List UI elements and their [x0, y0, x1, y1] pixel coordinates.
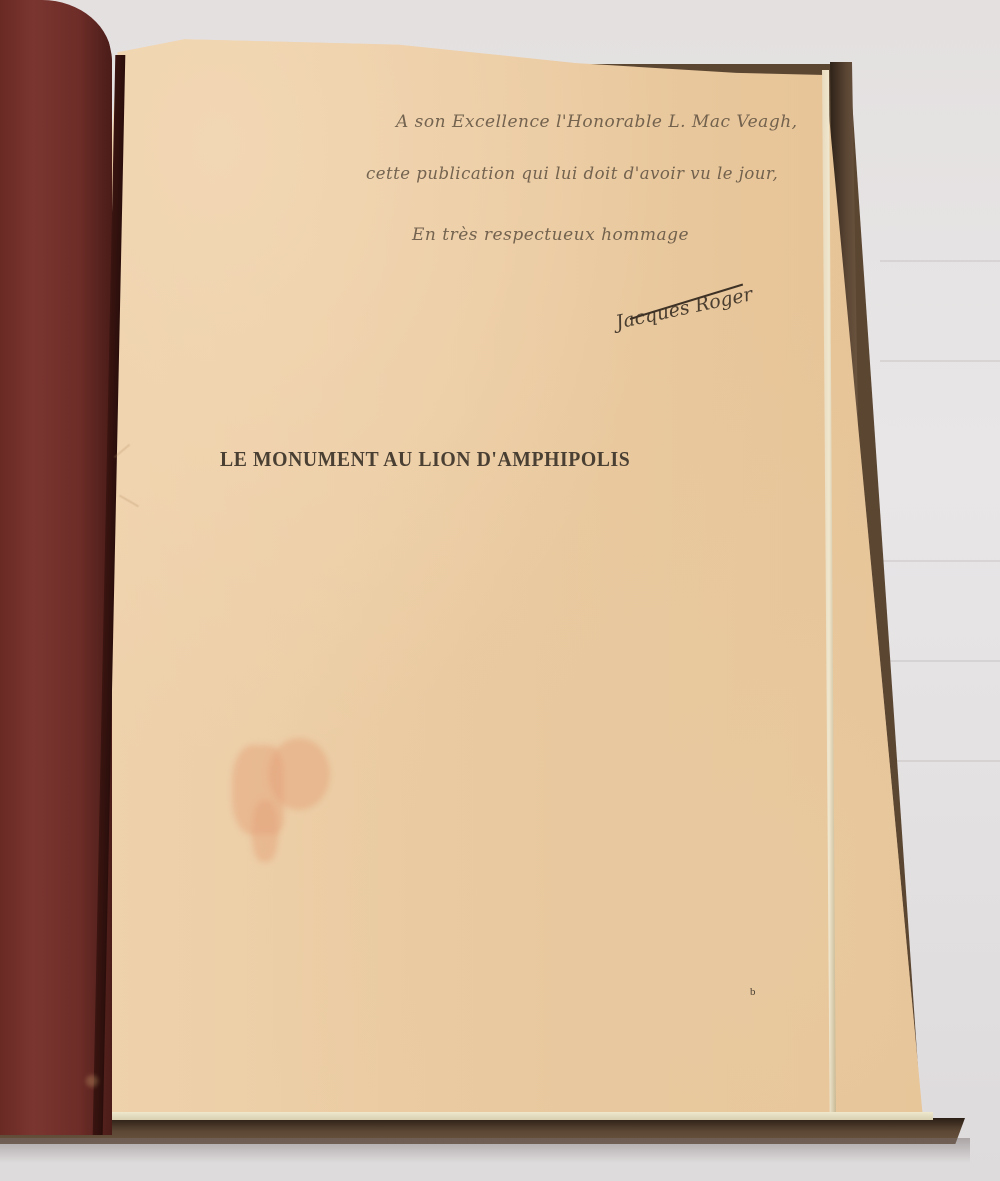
book-page — [42, 36, 932, 1120]
printer-signature-mark: b — [750, 986, 756, 998]
water-stain — [268, 738, 330, 810]
inscription-line-3: En très respectueux hommage — [412, 225, 689, 245]
page-bottom-edge — [38, 1112, 933, 1120]
background-line — [880, 360, 1000, 362]
background-line — [880, 260, 1000, 262]
book-shadow — [0, 1138, 970, 1163]
water-stain — [252, 800, 278, 862]
background-line — [880, 760, 1000, 762]
foxing-spot — [86, 1075, 98, 1087]
background-line — [880, 660, 1000, 662]
background-line — [880, 560, 1000, 562]
inscription-line-2: cette publication qui lui doit d'avoir v… — [366, 164, 778, 183]
left-cover-endpaper — [0, 0, 112, 1135]
inscription-line-1: A son Excellence l'Honorable L. Mac Veag… — [396, 112, 798, 132]
book-photo: A son Excellence l'Honorable L. Mac Veag… — [0, 0, 1000, 1181]
page-title: LE MONUMENT AU LION D'AMPHIPOLIS — [220, 447, 630, 472]
